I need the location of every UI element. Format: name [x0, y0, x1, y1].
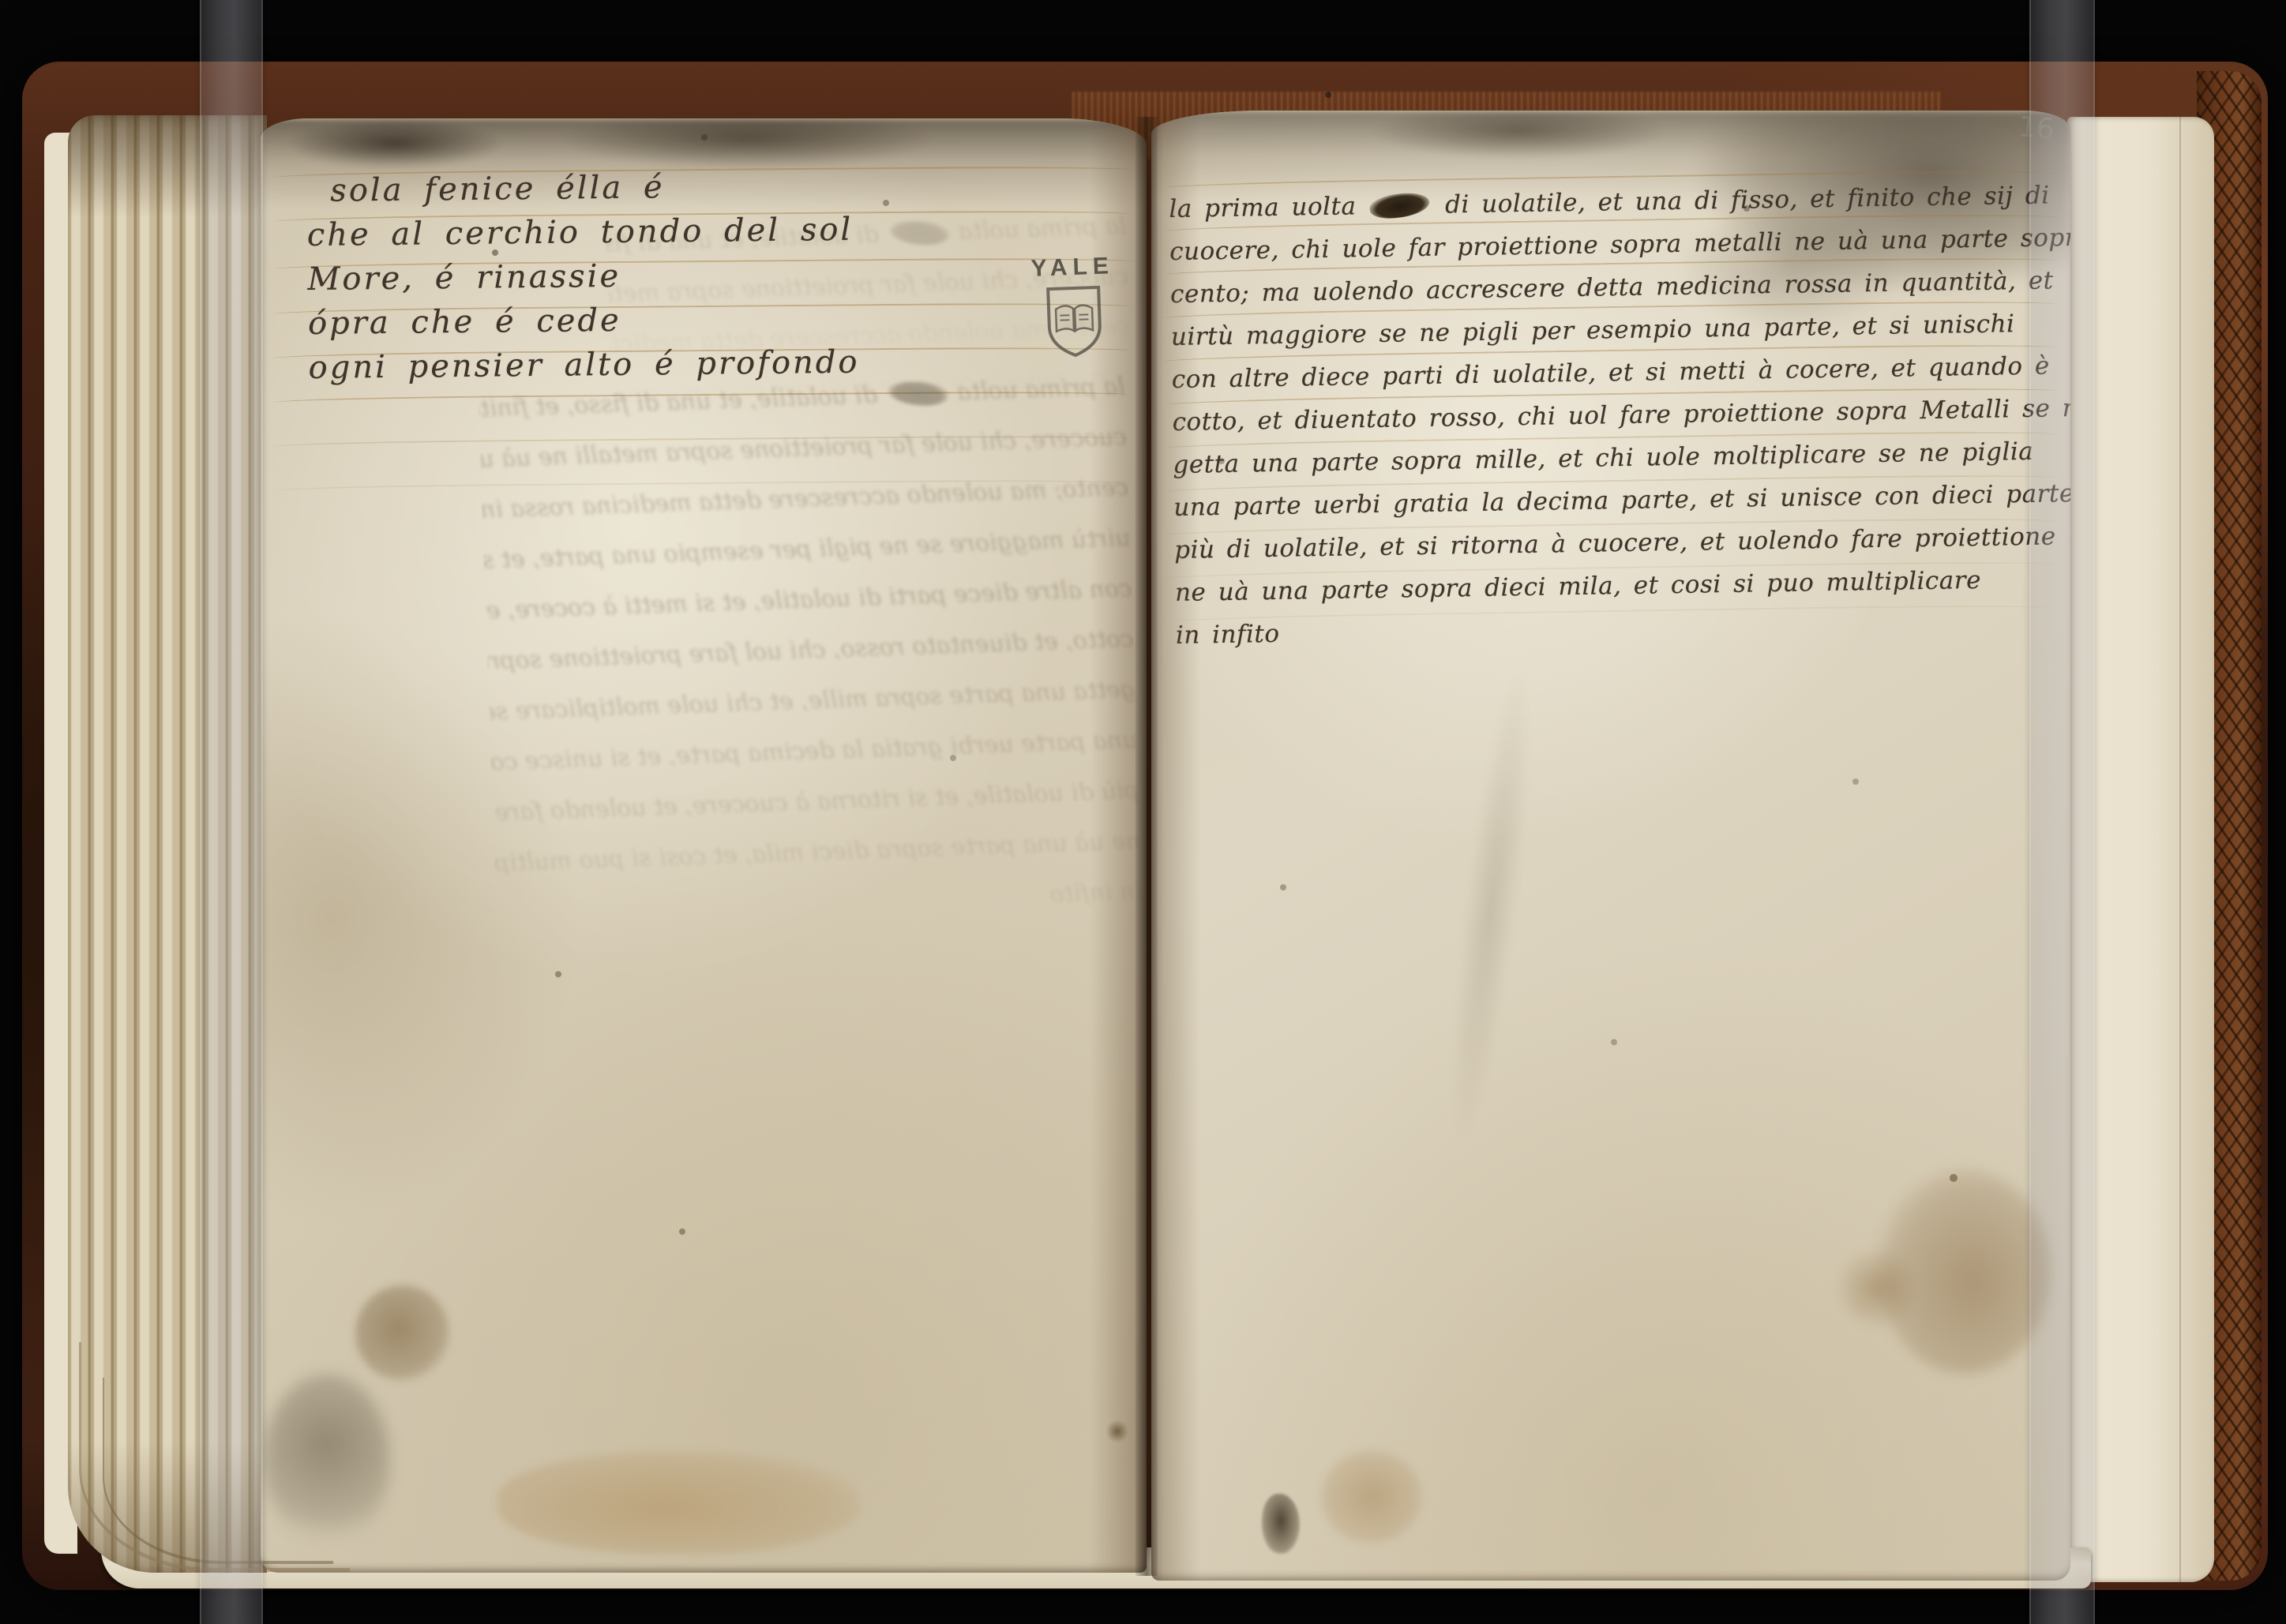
- gutter-shadow: [1151, 111, 1200, 1581]
- right-page: la prima uolta di uolatile, et una di fi…: [1151, 111, 2070, 1581]
- manuscript-photo: la prima uolta di uolatile, et una di fi…: [0, 0, 2286, 1624]
- right-page-text: la prima uolta di uolatile, et una di fi…: [1169, 174, 2070, 657]
- stain: [355, 1285, 450, 1382]
- book-strap-left: [200, 0, 263, 1624]
- ink-blot-scribble: [888, 218, 951, 248]
- handwritten-line: ogni pensier alto é profondo: [308, 340, 859, 390]
- left-page-verse: sola fenice élla éche al cerchio tondo d…: [306, 163, 860, 390]
- stain: [1878, 1168, 2051, 1374]
- handwritten-line: che al cerchio tondo del sol: [307, 208, 858, 257]
- handwritten-line: More, é rinassie: [307, 252, 858, 302]
- book-gutter: [1135, 117, 1158, 1576]
- stain: [1262, 1494, 1300, 1554]
- left-page: la prima uolta di uolatile, et una di fi…: [261, 118, 1147, 1573]
- dust-specks: [0, 0, 3, 3]
- ink-blot-scribble: [1368, 189, 1432, 222]
- handwritten-line: sola fenice élla é: [330, 163, 858, 213]
- book-strap-right: [2029, 0, 2095, 1624]
- sheet-crease-line: [2179, 117, 2181, 1582]
- show-through-ghost-drawing: [1359, 652, 1623, 1163]
- stain: [1320, 1450, 1423, 1544]
- stain: [497, 1451, 861, 1554]
- show-through-ghost-text: la prima uolta di uolatile, et una di fi…: [477, 362, 1147, 1205]
- ink-blot-scribble: [887, 378, 949, 408]
- handwritten-line: ópra che é cede: [308, 296, 859, 346]
- stain: [264, 1374, 390, 1547]
